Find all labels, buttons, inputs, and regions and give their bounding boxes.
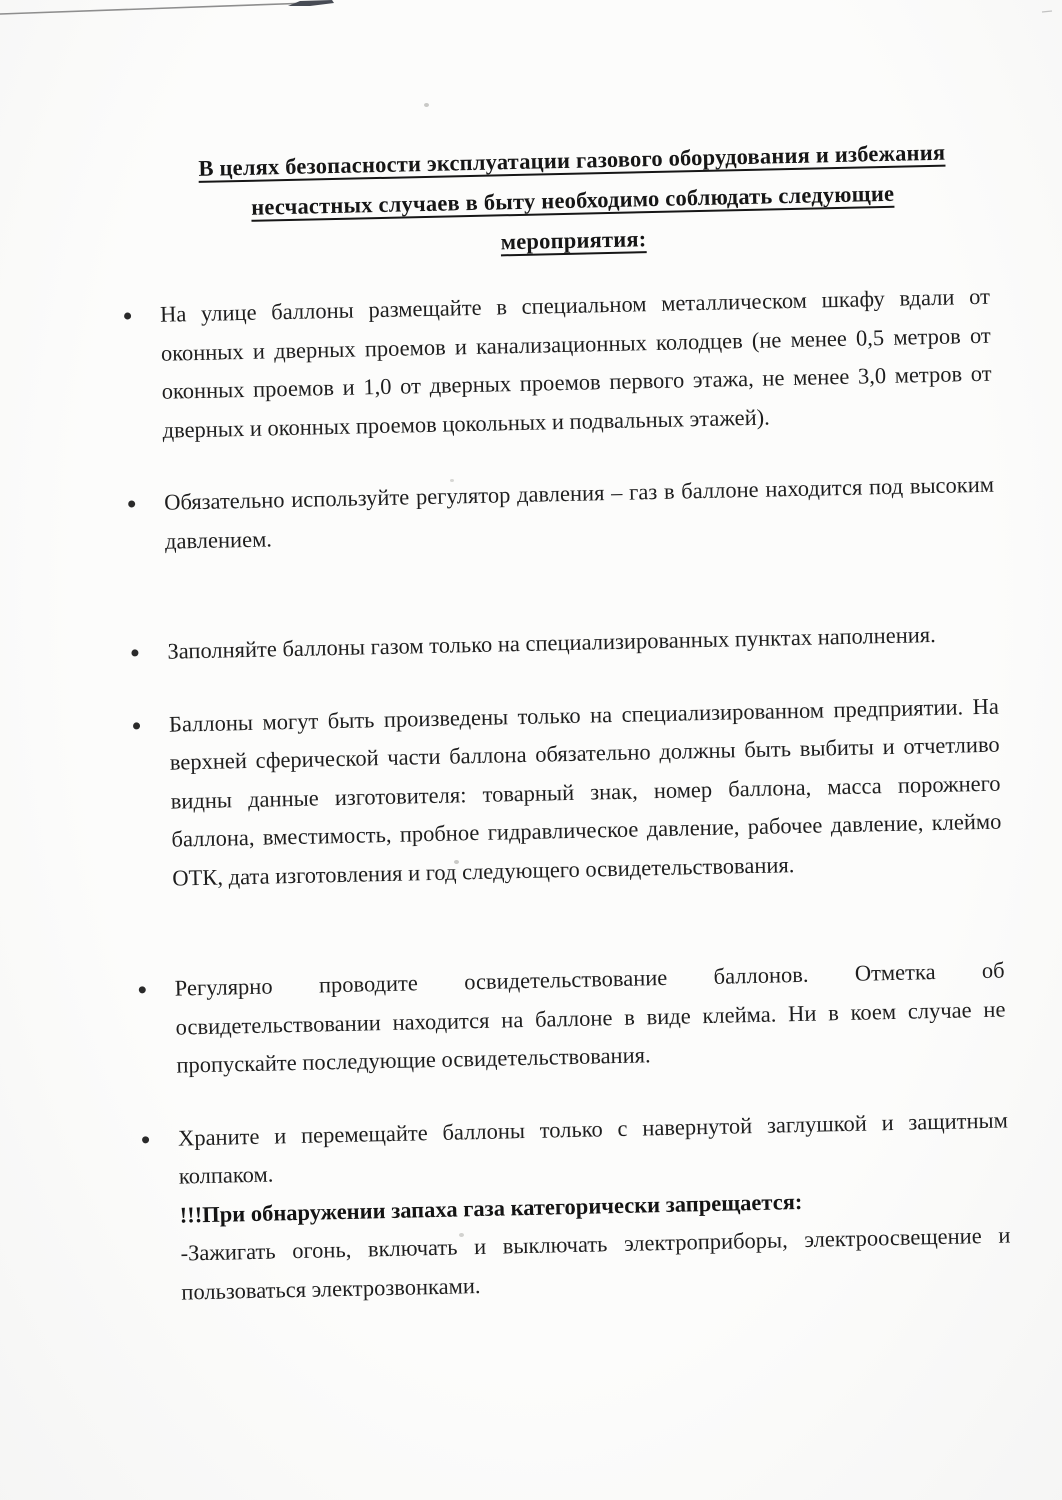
bullet-text: Заполняйте баллоны газом только на специ…: [167, 615, 998, 672]
list-item-inspection: Регулярно проводите освидетельствование …: [174, 952, 1006, 1086]
bullet-text: Обязательно используйте регулятор давлен…: [164, 466, 995, 561]
list-item-outdoor-placement: На улице баллоны размещайте в специально…: [160, 278, 993, 450]
document-title: В целях безопасности эксплуатации газово…: [156, 132, 988, 270]
list-item-storage-cap: Храните и перемещайте баллоны только с н…: [178, 1101, 1012, 1312]
bullet-icon: [128, 500, 135, 507]
bullet-icon: [142, 1136, 149, 1143]
bullet-text: На улице баллоны размещайте в специально…: [160, 278, 993, 450]
bullet-text: Регулярно проводите освидетельствование …: [174, 952, 1006, 1086]
list-item-pressure-regulator: Обязательно используйте регулятор давлен…: [164, 466, 995, 561]
scanned-document-page: { "document": { "title_lines": [ "В целя…: [0, 0, 1062, 1500]
bullet-text: Баллоны могут быть произведены только на…: [169, 687, 1003, 898]
bullet-icon: [124, 312, 131, 319]
list-item-filling-points: Заполняйте баллоны газом только на специ…: [167, 615, 998, 672]
bullet-icon: [133, 722, 140, 729]
page-content: В целях безопасности эксплуатации газово…: [0, 0, 1062, 1315]
bullet-icon: [131, 649, 138, 656]
bullet-icon: [139, 986, 146, 993]
safety-measures-list: На улице баллоны размещайте в специально…: [160, 278, 1012, 1312]
list-item-manufacturer-data: Баллоны могут быть произведены только на…: [169, 687, 1003, 898]
